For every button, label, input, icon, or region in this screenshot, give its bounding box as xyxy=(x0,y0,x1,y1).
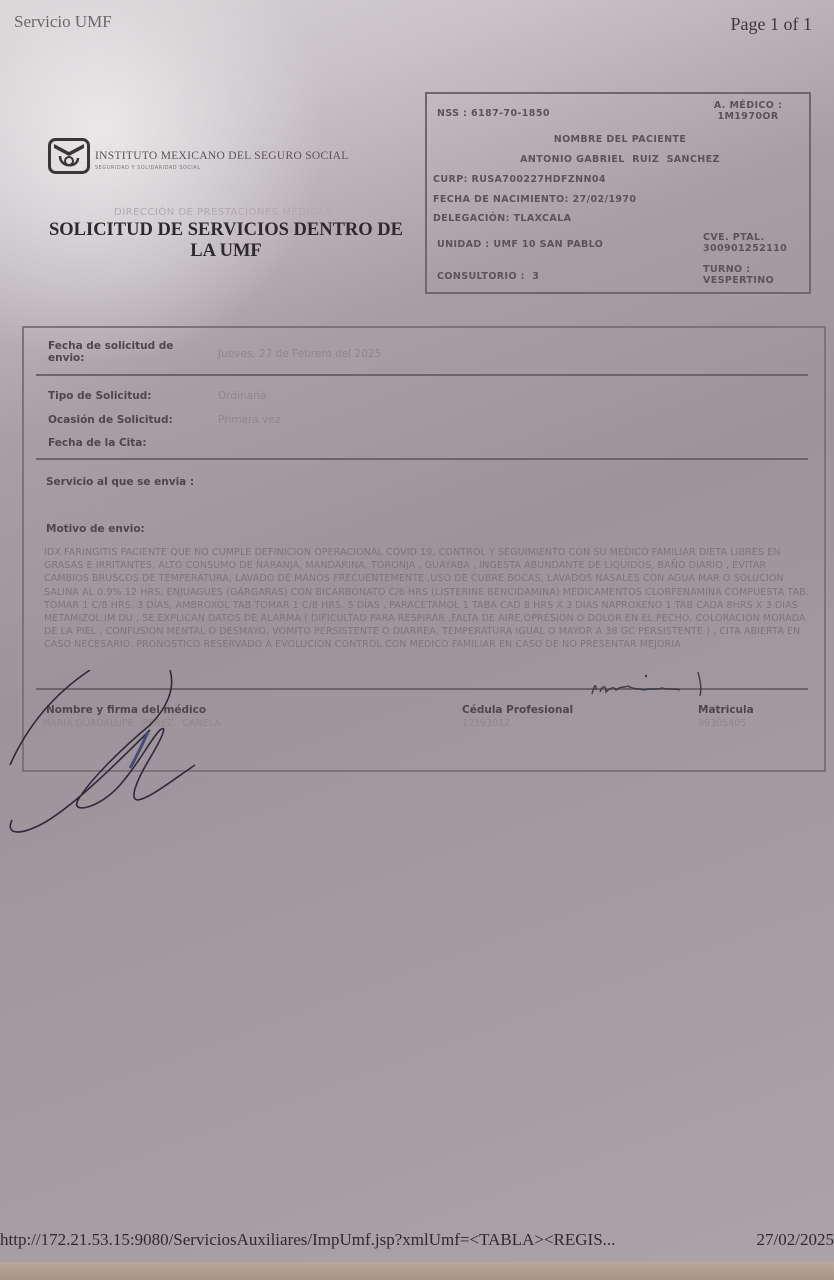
fecha-solicitud-value: Jueves, 27 de Febrero del 2025 xyxy=(218,348,381,360)
ocasion-solicitud-value: Primera vez xyxy=(218,414,280,426)
nss-field: NSS : 6187-70-1850 xyxy=(437,108,550,119)
unidad-value: UMF 10 SAN PABLO xyxy=(493,239,603,250)
page-header-title: Servicio UMF xyxy=(14,12,112,32)
delegacion-field: DELEGACIÓN: TLAXCALA xyxy=(433,213,571,224)
footer-url: http://172.21.53.15:9080/ServiciosAuxili… xyxy=(0,1230,615,1250)
patient-name: ANTONIO GABRIEL RUIZ SANCHEZ xyxy=(427,154,813,165)
birthdate-value: 27/02/1970 xyxy=(573,194,637,205)
consultorio-value: 3 xyxy=(532,271,539,282)
document-title: SOLICITUD DE SERVICIOS DENTRO DE LA UMF xyxy=(36,220,416,262)
cve-ptal-field: CVE. PTAL. 300901252110 xyxy=(703,232,787,254)
page-number: Page 1 of 1 xyxy=(731,14,812,35)
doctor-name-label: Nombre y firma del médico xyxy=(46,704,206,716)
curp-field: CURP: RUSA700227HDFZNN04 xyxy=(433,174,606,185)
ocasion-solicitud-label: Ocasión de Solicitud: xyxy=(48,414,173,426)
consultorio-field: CONSULTORIO : 3 xyxy=(437,271,539,282)
motivo-label: Motivo de envio: xyxy=(46,523,145,535)
cedula-label: Cédula Profesional xyxy=(462,704,573,716)
servicio-value: Atención médica continua xyxy=(42,500,166,511)
fecha-cita-label: Fecha de la Cita: xyxy=(48,437,147,449)
divider xyxy=(36,458,808,460)
patient-info-box: NSS : 6187-70-1850 A. MÉDICO : 1M1970OR … xyxy=(425,92,811,294)
a-medico-value: 1M1970OR xyxy=(703,111,793,122)
turno-field: TURNO : VESPERTINO xyxy=(703,264,774,286)
nss-value: 6187-70-1850 xyxy=(471,108,550,119)
fecha-solicitud-label: Fecha de solicitud de envio: xyxy=(48,340,188,364)
direccion-label: DIRECCIÓN DE PRESTACIONES MÉDICAS xyxy=(114,207,332,218)
unidad-field: UNIDAD : UMF 10 SAN PABLO xyxy=(437,239,603,250)
birthdate-field: FECHA DE NACIMIENTO: 27/02/1970 xyxy=(433,194,636,205)
table-surface xyxy=(0,1262,834,1280)
cve-ptal-value: 300901252110 xyxy=(703,243,787,254)
imss-logo-icon xyxy=(48,138,90,174)
light-glare xyxy=(0,0,320,360)
institution-subtitle: SEGURIDAD Y SOLIDARIDAD SOCIAL xyxy=(95,165,201,171)
delegacion-value: TLAXCALA xyxy=(514,213,572,224)
matricula-value: 99305405 xyxy=(698,718,746,729)
a-medico-field: A. MÉDICO : 1M1970OR xyxy=(703,100,793,122)
divider xyxy=(36,374,808,376)
servicio-label: Servicio al que se envia : xyxy=(46,476,194,488)
matricula-label: Matricula xyxy=(698,704,754,716)
footer-date: 27/02/2025 xyxy=(757,1230,834,1250)
divider xyxy=(36,688,808,690)
institution-name: INSTITUTO MEXICANO DEL SEGURO SOCIAL xyxy=(95,150,349,162)
tipo-solicitud-label: Tipo de Solicitud: xyxy=(48,390,151,402)
motivo-text: IDX FARINGITIS PACIENTE QUE NO CUMPLE DE… xyxy=(44,546,814,652)
cedula-value: 12193012 xyxy=(462,718,510,729)
patient-name-label: NOMBRE DEL PACIENTE xyxy=(427,134,813,145)
tipo-solicitud-value: Ordinaria xyxy=(218,390,267,402)
turno-value: VESPERTINO xyxy=(703,275,774,286)
doctor-name: MARIA GUADALUPE PEREZ CANELA xyxy=(42,718,221,729)
curp-value: RUSA700227HDFZNN04 xyxy=(471,174,605,185)
